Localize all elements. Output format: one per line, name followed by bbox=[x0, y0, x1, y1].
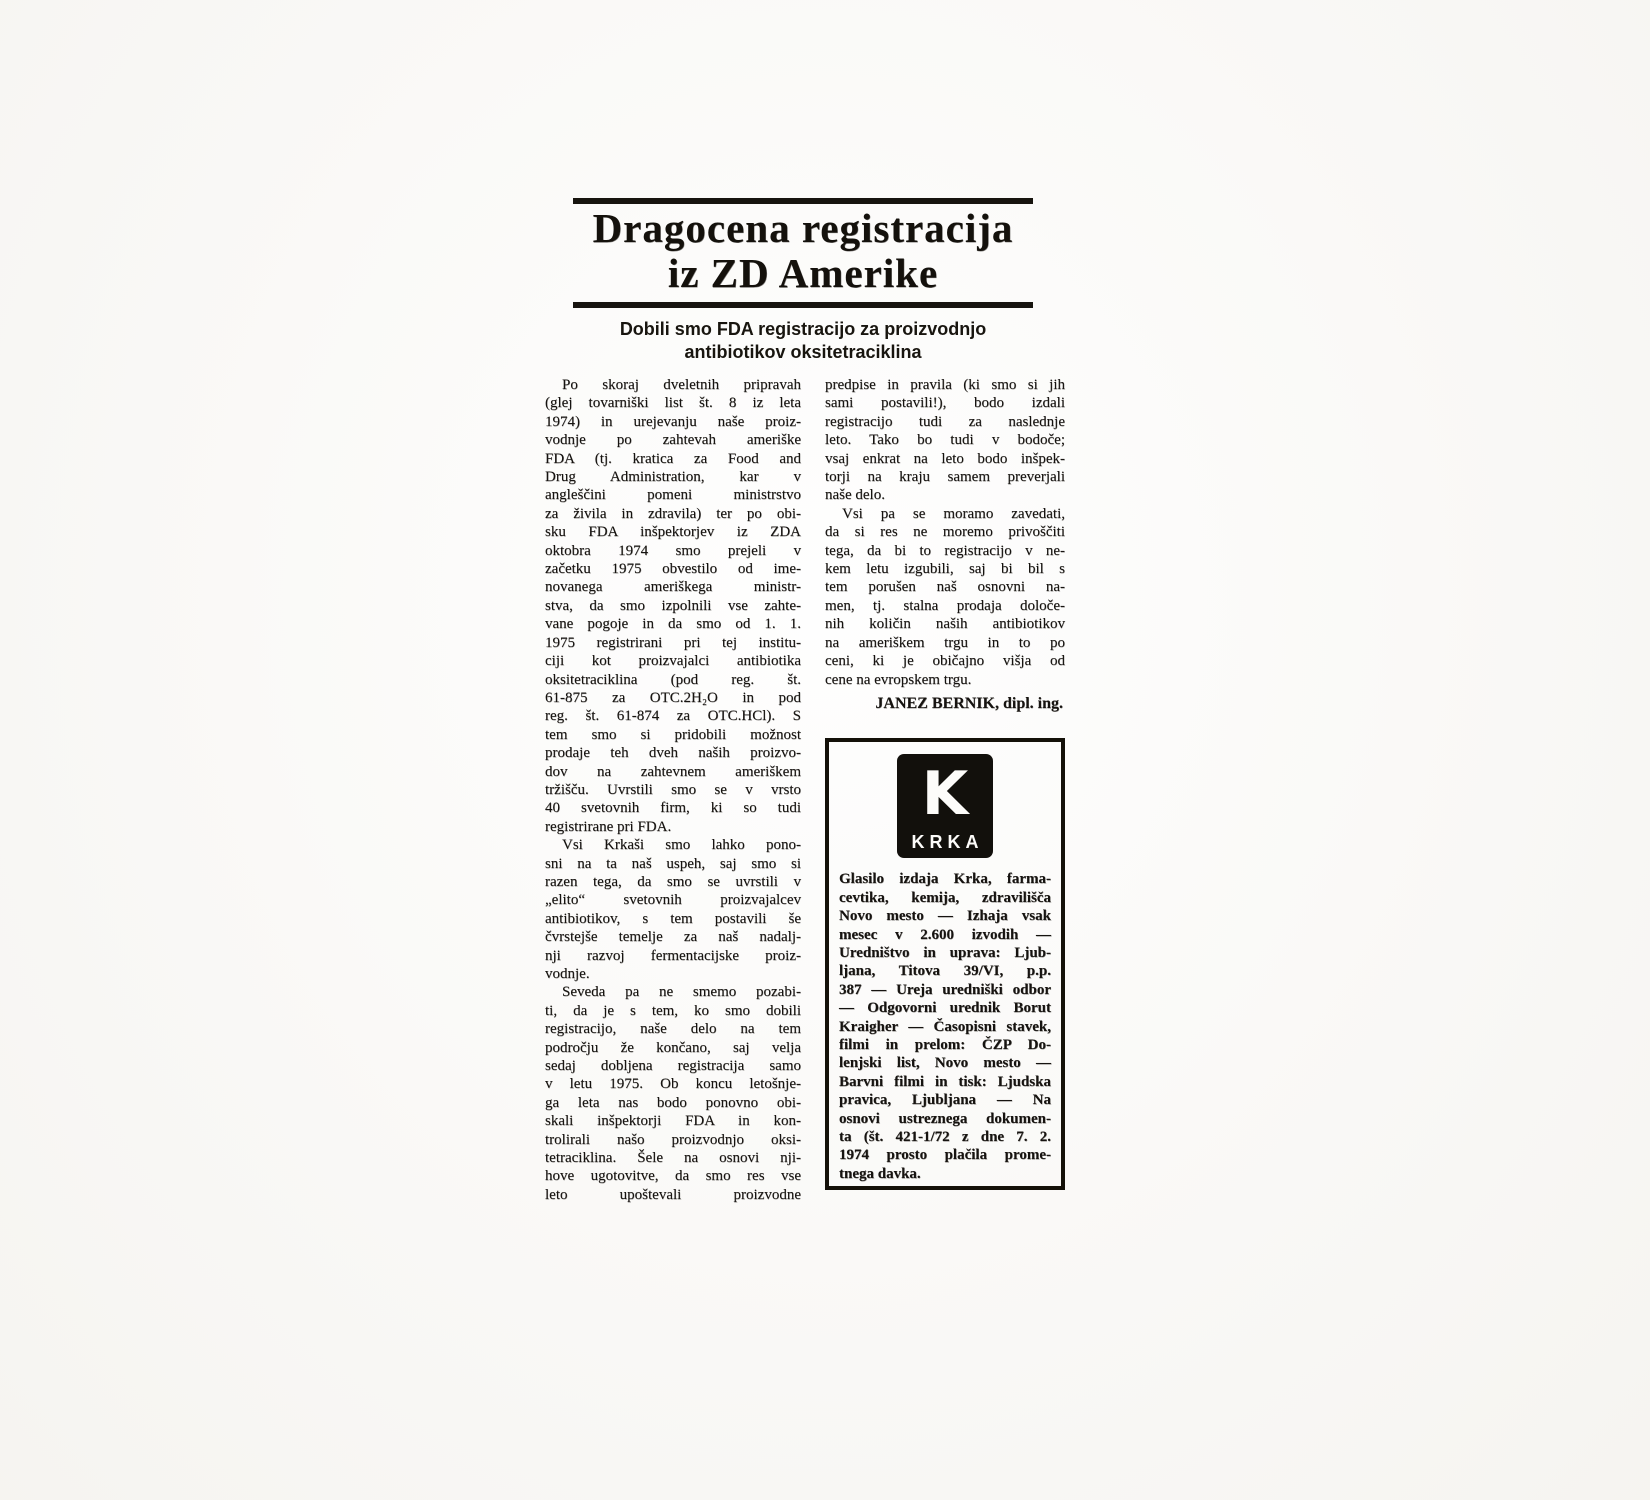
text-line: prodaje teh dveh naših proizvo- bbox=[545, 744, 801, 762]
right-column-text: predpise in pravila (ki smo si jihsami p… bbox=[825, 376, 1065, 689]
text-line: reg. št. 61-874 za OTC.HCl). S bbox=[545, 707, 801, 725]
text-line: FDA (tj. kratica za Food and bbox=[545, 450, 801, 468]
text-line: v letu 1975. Ob koncu letošnje- bbox=[545, 1075, 801, 1093]
left-column: Po skoraj dveletnih pripravah(glej tovar… bbox=[545, 376, 801, 1204]
text-line: hove ugotovitve, da smo res vse bbox=[545, 1167, 801, 1185]
text-line: Drug Administration, kar v bbox=[545, 468, 801, 486]
text-line: 1975 registrirani pri tej institu- bbox=[545, 634, 801, 652]
text-line: pravica, Ljubljana — Na bbox=[839, 1091, 1051, 1109]
title-line-2: iz ZD Amerike bbox=[553, 251, 1053, 296]
text-line: „elito“ svetovnih proizvajalcev bbox=[545, 891, 801, 909]
text-line: nji razvoj fermentacijske proiz- bbox=[545, 947, 801, 965]
text-line: sni na ta naš uspeh, saj smo si bbox=[545, 855, 801, 873]
text-line: predpise in pravila (ki smo si jih bbox=[825, 376, 1065, 394]
text-line: Vsi Krkaši smo lahko pono- bbox=[545, 836, 801, 854]
text-line: ceni, ki je običajno višja od bbox=[825, 652, 1065, 670]
text-line: cene na evropskem trgu. bbox=[825, 671, 1065, 689]
text-line: ciji kot proizvajalci antibiotika bbox=[545, 652, 801, 670]
text-line: angleščini pomeni ministrstvo bbox=[545, 486, 801, 504]
text-line: lenjski list, Novo mesto — bbox=[839, 1054, 1051, 1072]
text-line: vsaj enkrat na leto bodo inšpek- bbox=[825, 450, 1065, 468]
text-line: vodnje po zahtevah ameriške bbox=[545, 431, 801, 449]
text-line: dov na zahtevnem ameriškem bbox=[545, 763, 801, 781]
text-line: ga leta nas bodo ponovno obi- bbox=[545, 1094, 801, 1112]
text-line: za živila in zdravila) ter po obi- bbox=[545, 505, 801, 523]
text-line: osnovi ustreznega dokumen- bbox=[839, 1110, 1051, 1128]
text-line: 1974) in urejevanju naše proiz- bbox=[545, 413, 801, 431]
subtitle-line-2: antibiotikov oksitetraciklina bbox=[573, 341, 1033, 364]
krka-logo: K KRKA bbox=[897, 754, 993, 858]
article-subtitle: Dobili smo FDA registracijo za proizvodn… bbox=[573, 318, 1033, 364]
text-line: tržišču. Uvrstili smo se v vrsto bbox=[545, 781, 801, 799]
byline: JANEZ BERNIK, dipl. ing. bbox=[825, 695, 1065, 713]
text-line: registracijo, naše delo na tem bbox=[545, 1020, 801, 1038]
text-line: tnega davka. bbox=[839, 1165, 1051, 1183]
text-line: tetraciklina. Šele na osnovi nji- bbox=[545, 1149, 801, 1167]
text-line: mesec v 2.600 izvodih — bbox=[839, 926, 1051, 944]
text-line: razen tega, da smo se uvrstili v bbox=[545, 873, 801, 891]
text-line: tega, da bi to registracijo v ne- bbox=[825, 542, 1065, 560]
text-line: sami postavili!), bodo izdali bbox=[825, 394, 1065, 412]
text-line: nih količin naših antibiotikov bbox=[825, 615, 1065, 633]
article-body: Po skoraj dveletnih pripravah(glej tovar… bbox=[545, 376, 1069, 1204]
text-line: Po skoraj dveletnih pripravah bbox=[545, 376, 801, 394]
text-line: ta (št. 421-1/72 z dne 7. 2. bbox=[839, 1128, 1051, 1146]
text-line: čvrstejše temelje za naš nadalj- bbox=[545, 928, 801, 946]
text-line: vane pogoje in da smo od 1. 1. bbox=[545, 615, 801, 633]
text-line: naše delo. bbox=[825, 486, 1065, 504]
text-line: stva, da smo izpolnili vse zahte- bbox=[545, 597, 801, 615]
text-line: filmi in prelom: ČZP Do- bbox=[839, 1036, 1051, 1054]
krka-logo-letter: K bbox=[922, 754, 969, 833]
text-line: tem porušen naš osnovni na- bbox=[825, 578, 1065, 596]
krka-logo-word: KRKA bbox=[907, 833, 984, 858]
text-line: sedaj dobljena registracija samo bbox=[545, 1057, 801, 1075]
right-column: predpise in pravila (ki smo si jihsami p… bbox=[825, 376, 1065, 1204]
text-line: Novo mesto — Izhaja vsak bbox=[839, 907, 1051, 925]
text-line: sku FDA inšpektorjev iz ZDA bbox=[545, 523, 801, 541]
top-divider bbox=[573, 198, 1033, 204]
text-line: men, tj. stalna prodaja določe- bbox=[825, 597, 1065, 615]
subtitle-line-1: Dobili smo FDA registracijo za proizvodn… bbox=[573, 318, 1033, 341]
text-line: antibiotikov, s tem postavili še bbox=[545, 910, 801, 928]
text-line: da si res ne moremo privoščiti bbox=[825, 523, 1065, 541]
text-line: registracijo tudi za naslednje bbox=[825, 413, 1065, 431]
text-line: (glej tovarniški list št. 8 iz leta bbox=[545, 394, 801, 412]
text-line: Barvni filmi in tisk: Ljudska bbox=[839, 1073, 1051, 1091]
text-line: začetku 1975 obvestilo od ime- bbox=[545, 560, 801, 578]
text-line: leto upoštevali proizvodne bbox=[545, 1186, 801, 1204]
text-line: Glasilo izdaja Krka, farma- bbox=[839, 870, 1051, 888]
text-line: vodnje. bbox=[545, 965, 801, 983]
article-title: Dragocena registracija iz ZD Amerike bbox=[553, 206, 1053, 296]
title-line-1: Dragocena registracija bbox=[553, 206, 1053, 251]
colophon-box: K KRKA Glasilo izdaja Krka, farma-cevtik… bbox=[825, 738, 1065, 1190]
text-line: 1974 prosto plačila prome- bbox=[839, 1146, 1051, 1164]
text-line: novanega ameriškega ministr- bbox=[545, 578, 801, 596]
text-line: 40 svetovnih firm, ki so tudi bbox=[545, 799, 801, 817]
text-line: — Odgovorni urednik Borut bbox=[839, 999, 1051, 1017]
text-line: 387 — Ureja uredniški odbor bbox=[839, 981, 1051, 999]
text-line: ljana, Titova 39/VI, p.p. bbox=[839, 962, 1051, 980]
text-line: Kraigher — Časopisni stavek, bbox=[839, 1018, 1051, 1036]
text-line: registrirane pri FDA. bbox=[545, 818, 801, 836]
text-line: Uredništvo in uprava: Ljub- bbox=[839, 944, 1051, 962]
text-line: oksitetraciklina (pod reg. št. bbox=[545, 671, 801, 689]
text-line: kem letu izgubili, saj bi bil s bbox=[825, 560, 1065, 578]
text-line: cevtika, kemija, zdravilišča bbox=[839, 889, 1051, 907]
text-line: leto. Tako bo tudi v bodoče; bbox=[825, 431, 1065, 449]
text-line: Seveda pa ne smemo pozabi- bbox=[545, 983, 801, 1001]
text-line: trolirali našo proizvodnjo oksi- bbox=[545, 1131, 801, 1149]
bottom-divider bbox=[573, 302, 1033, 308]
text-line: področju že končano, saj velja bbox=[545, 1039, 801, 1057]
text-line: oktobra 1974 smo prejeli v bbox=[545, 542, 801, 560]
text-line: tem smo si pridobili možnost bbox=[545, 726, 801, 744]
text-line: na ameriškem trgu in to po bbox=[825, 634, 1065, 652]
text-line: Vsi pa se moramo zavedati, bbox=[825, 505, 1065, 523]
text-line: torji na kraju samem preverjali bbox=[825, 468, 1065, 486]
text-line: 61-875 za OTC.2H₂O in pod bbox=[545, 689, 801, 707]
text-line: ti, da je s tem, ko smo dobili bbox=[545, 1002, 801, 1020]
text-line: skali inšpektorji FDA in kon- bbox=[545, 1112, 801, 1130]
colophon-text: Glasilo izdaja Krka, farma-cevtika, kemi… bbox=[839, 870, 1051, 1183]
